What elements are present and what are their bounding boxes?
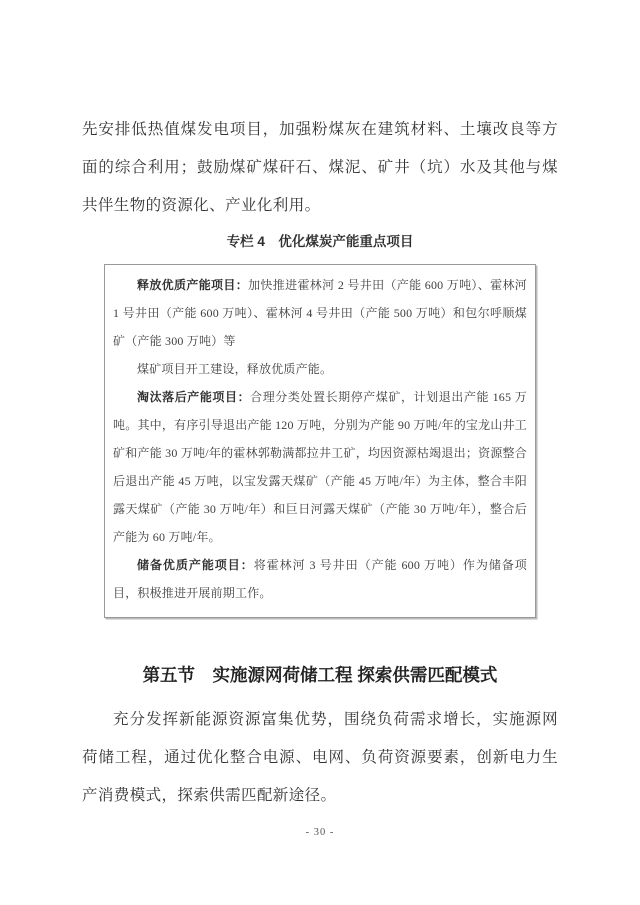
section-heading: 第五节 实施源网荷储工程 探索供需匹配模式	[0, 662, 640, 688]
box-paragraph-eliminate-text: 合理分类处置长期停产煤矿，计划退出产能 165 万吨。其中，有序引导退出产能 1…	[113, 390, 527, 544]
box-paragraph-reserve-lead: 储备优质产能项目：	[137, 558, 254, 572]
box-paragraph-eliminate: 淘汰落后产能项目：合理分类处置长期停产煤矿，计划退出产能 165 万吨。其中，有…	[113, 383, 527, 551]
page-number: - 30 -	[0, 826, 640, 840]
box-paragraph-release-continuation-text: 煤矿项目开工建设，释放优质产能。	[137, 362, 332, 376]
section-paragraph: 充分发挥新能源资源富集优势，围绕负荷需求增长，实施源网荷储工程，通过优化整合电源…	[82, 701, 558, 815]
box-paragraph-release-lead: 释放优质产能项目：	[137, 278, 248, 292]
document-page: 先安排低热值煤发电项目，加强粉煤灰在建筑材料、土壤改良等方面的综合利用；鼓励煤矿…	[0, 0, 640, 905]
box-paragraph-reserve: 储备优质产能项目：将霍林河 3 号井田（产能 600 万吨）作为储备项目，积极推…	[113, 551, 527, 607]
box-paragraph-release-continuation: 煤矿项目开工建设，释放优质产能。	[113, 355, 527, 383]
box-paragraph-eliminate-lead: 淘汰落后产能项目：	[137, 390, 250, 404]
project-box: 释放优质产能项目：加快推进霍林河 2 号井田（产能 600 万吨）、霍林河 1 …	[104, 264, 536, 618]
intro-paragraph: 先安排低热值煤发电项目，加强粉煤灰在建筑材料、土壤改良等方面的综合利用；鼓励煤矿…	[82, 111, 558, 225]
box-paragraph-release: 释放优质产能项目：加快推进霍林河 2 号井田（产能 600 万吨）、霍林河 1 …	[113, 271, 527, 355]
box-title: 专栏 4 优化煤炭产能重点项目	[0, 232, 640, 252]
